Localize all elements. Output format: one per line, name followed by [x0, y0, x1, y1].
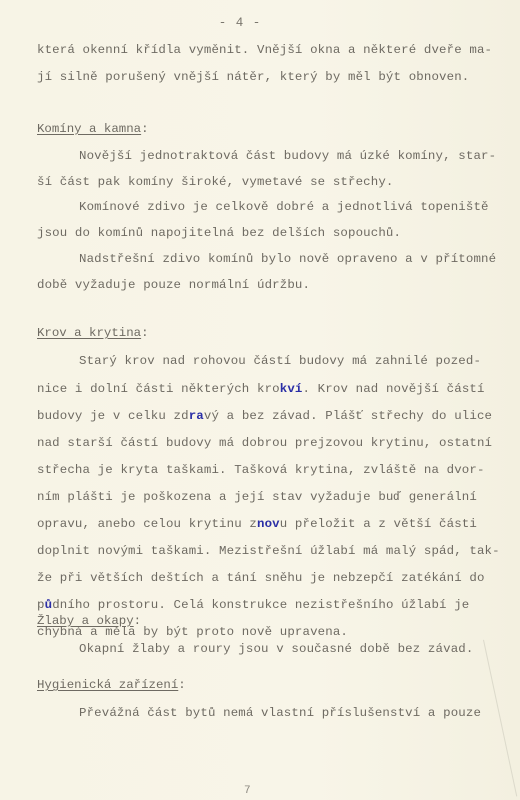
heading-colon: :: [178, 678, 185, 692]
section-heading-text: Žlaby a okapy: [37, 614, 134, 628]
heading-colon: :: [134, 614, 141, 628]
typed-text: dního prostoru. Celá konstrukce nezistře…: [52, 598, 469, 612]
document-page: - 4 - která okenní křídla vyměnit. Vnějš…: [0, 0, 520, 800]
text-line: ší část pak komíny široké, vymetavé se s…: [37, 175, 394, 189]
footer-mark: 7: [244, 785, 251, 797]
typed-text: nice i dolní části některých kro: [37, 382, 280, 396]
typed-text: opravu, anebo celou krytinu z: [37, 517, 257, 531]
text-line: nice i dolní části některých krokví. Kro…: [37, 382, 485, 396]
text-line: době vyžaduje pouze normální údržbu.: [37, 278, 310, 292]
ink-correction: nov: [257, 517, 280, 531]
text-line: že při větších deštích a tání sněhu je n…: [37, 571, 485, 585]
heading-colon: :: [141, 326, 148, 340]
heading-colon: :: [141, 122, 148, 136]
text-line: opravu, anebo celou krytinu znovu přelož…: [37, 517, 477, 531]
section-heading: Krov a krytina:: [37, 326, 149, 340]
paragraph-first-line: Okapní žlaby a roury jsou v současné dob…: [79, 642, 473, 656]
text-line: jsou do komínů napojitelná bez delších s…: [37, 226, 401, 240]
text-line: která okenní křídla vyměnit. Vnější okna…: [37, 43, 492, 57]
section-heading: Žlaby a okapy:: [37, 614, 141, 628]
typed-text: vý a bez závad. Plášť střechy do ulice: [204, 409, 492, 423]
section-heading: Komíny a kamna:: [37, 122, 149, 136]
text-line: jí silně porušený vnější nátěr, který by…: [37, 70, 469, 84]
ink-correction: kví: [280, 382, 303, 396]
text-line: půdního prostoru. Celá konstrukce nezist…: [37, 598, 469, 612]
paper-fold-line: [483, 634, 520, 797]
text-line: nad starší částí budovy má dobrou prejzo…: [37, 436, 492, 450]
paragraph-first-line: Nadstřešní zdivo komínů bylo nově oprave…: [79, 252, 496, 266]
text-line: střecha je kryta taškami. Tašková krytin…: [37, 463, 485, 477]
section-heading: Hygienická zařízení:: [37, 678, 186, 692]
typed-text: u přeložit a z větší části: [280, 517, 477, 531]
paragraph-first-line: Komínové zdivo je celkově dobré a jednot…: [79, 200, 489, 214]
section-heading-text: Krov a krytina: [37, 326, 141, 340]
paragraph-first-line: Novější jednotraktová část budovy má úzk…: [79, 149, 496, 163]
typed-text: budovy je v celku zd: [37, 409, 189, 423]
typed-text: . Krov nad novější částí: [303, 382, 485, 396]
paragraph-first-line: Převážná část bytů nemá vlastní přísluše…: [79, 706, 481, 720]
page-number: - 4 -: [0, 16, 480, 30]
ink-correction: ra: [189, 409, 204, 423]
text-line: doplnit novými taškami. Mezistřešní úžla…: [37, 544, 500, 558]
text-line: budovy je v celku zdravý a bez závad. Pl…: [37, 409, 492, 423]
typed-text: p: [37, 598, 45, 612]
text-line: ním plášti je poškozena a její stav vyža…: [37, 490, 477, 504]
paragraph-first-line: Starý krov nad rohovou částí budovy má z…: [79, 354, 481, 368]
section-heading-text: Komíny a kamna: [37, 122, 141, 136]
section-heading-text: Hygienická zařízení: [37, 678, 178, 692]
